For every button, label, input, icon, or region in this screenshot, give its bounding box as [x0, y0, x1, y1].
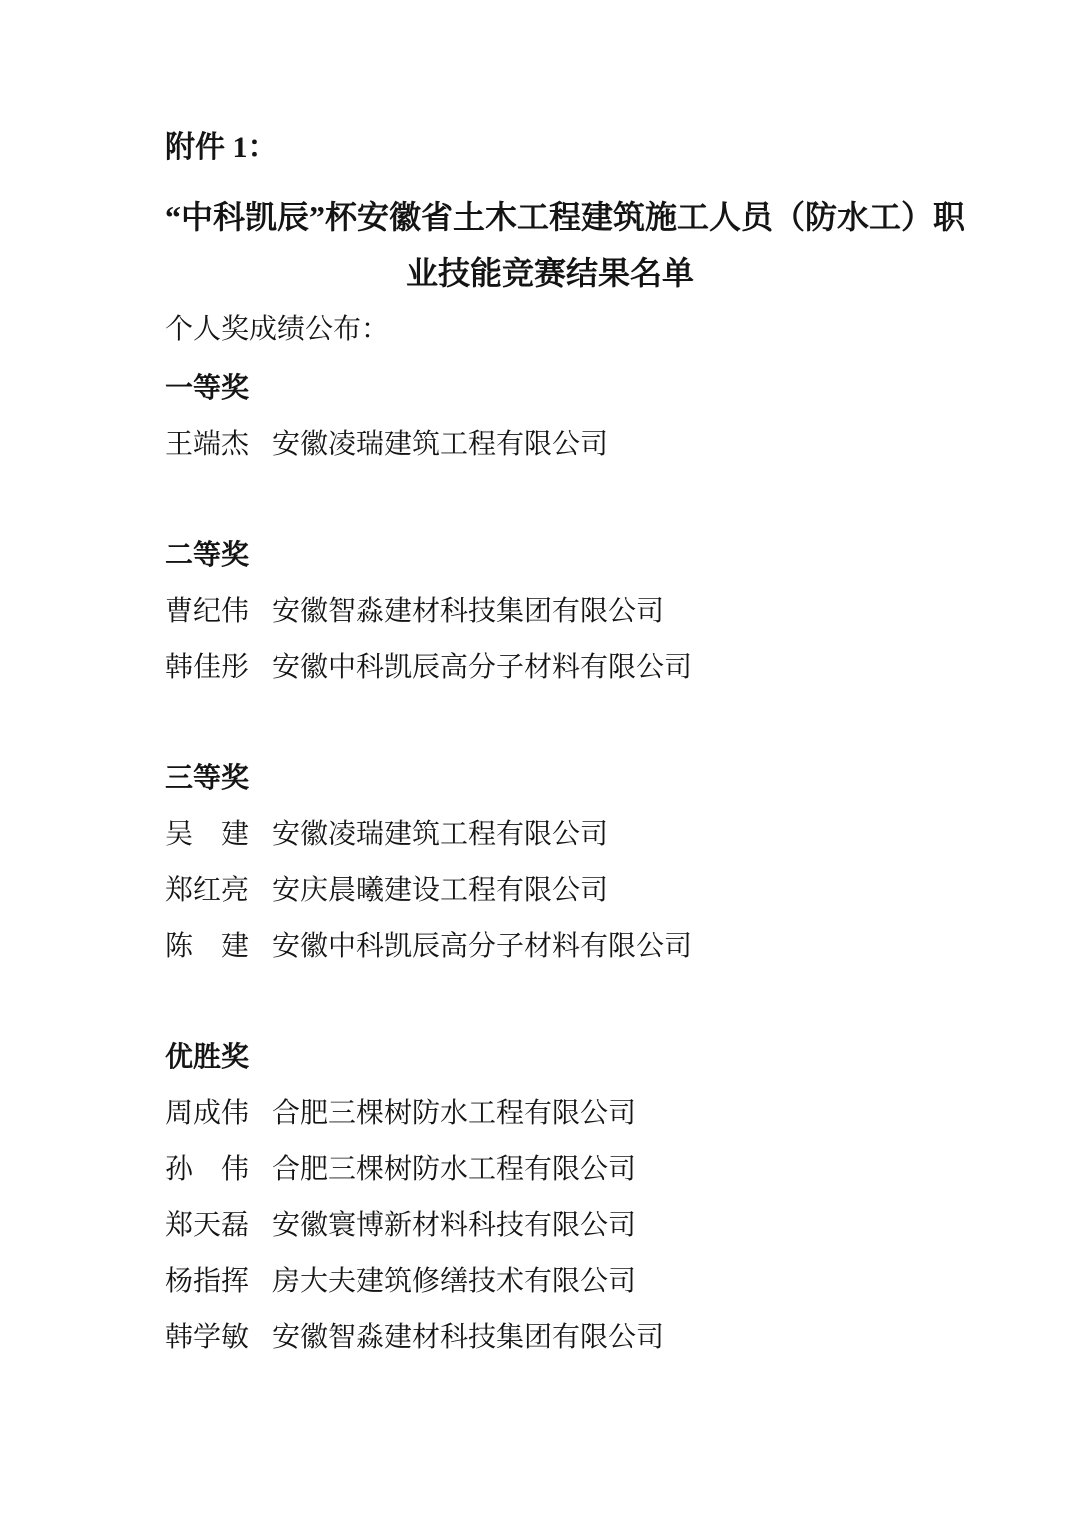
- section-first-prize: 一等奖 王端杰 安徽凌瑞建筑工程有限公司: [165, 367, 935, 467]
- section-heading: 优胜奖: [165, 1036, 935, 1080]
- attachment-label: 附件 1：: [165, 128, 935, 168]
- document-title-line-2: 业技能竞赛结果名单: [165, 245, 935, 301]
- winner-row: 郑天磊 安徽寰博新材料科技有限公司: [165, 1204, 935, 1248]
- winner-name: 郑红亮: [165, 869, 265, 913]
- winner-name: 陈 建: [165, 925, 265, 969]
- winner-company: 安徽凌瑞建筑工程有限公司: [272, 423, 608, 467]
- document-page: 附件 1： “中科凯辰”杯安徽省土木工程建筑施工人员（防水工）职 业技能竞赛结果…: [165, 128, 935, 1360]
- winner-company: 安徽智淼建材科技集团有限公司: [272, 590, 664, 634]
- section-heading: 三等奖: [165, 757, 935, 801]
- winner-company: 合肥三棵树防水工程有限公司: [272, 1092, 636, 1136]
- section-heading: 二等奖: [165, 534, 935, 578]
- winner-row: 周成伟 合肥三棵树防水工程有限公司: [165, 1092, 935, 1136]
- winner-name: 郑天磊: [165, 1204, 265, 1248]
- document-title-line-1: “中科凯辰”杯安徽省土木工程建筑施工人员（防水工）职: [165, 189, 935, 245]
- winner-company: 安徽寰博新材料科技有限公司: [272, 1204, 636, 1248]
- winner-row: 王端杰 安徽凌瑞建筑工程有限公司: [165, 423, 935, 467]
- winner-company: 安徽中科凯辰高分子材料有限公司: [272, 925, 692, 969]
- winner-company: 安庆晨曦建设工程有限公司: [272, 869, 608, 913]
- winner-company: 安徽智淼建材科技集团有限公司: [272, 1316, 664, 1360]
- winner-row: 杨指挥 房大夫建筑修缮技术有限公司: [165, 1260, 935, 1304]
- winner-company: 房大夫建筑修缮技术有限公司: [272, 1260, 636, 1304]
- intro-text: 个人奖成绩公布：: [165, 308, 935, 352]
- winner-name: 曹纪伟: [165, 590, 265, 634]
- winner-name: 吴 建: [165, 813, 265, 857]
- winner-row: 曹纪伟 安徽智淼建材科技集团有限公司: [165, 590, 935, 634]
- section-third-prize: 三等奖 吴 建 安徽凌瑞建筑工程有限公司 郑红亮 安庆晨曦建设工程有限公司 陈 …: [165, 757, 935, 969]
- winner-row: 孙 伟 合肥三棵树防水工程有限公司: [165, 1148, 935, 1192]
- winner-company: 安徽凌瑞建筑工程有限公司: [272, 813, 608, 857]
- winner-name: 韩学敏: [165, 1316, 265, 1360]
- winner-row: 郑红亮 安庆晨曦建设工程有限公司: [165, 869, 935, 913]
- winner-company: 合肥三棵树防水工程有限公司: [272, 1148, 636, 1192]
- winner-company: 安徽中科凯辰高分子材料有限公司: [272, 646, 692, 690]
- section-winning-prize: 优胜奖 周成伟 合肥三棵树防水工程有限公司 孙 伟 合肥三棵树防水工程有限公司 …: [165, 1036, 935, 1360]
- section-heading: 一等奖: [165, 367, 935, 411]
- winner-row: 陈 建 安徽中科凯辰高分子材料有限公司: [165, 925, 935, 969]
- winner-row: 吴 建 安徽凌瑞建筑工程有限公司: [165, 813, 935, 857]
- winner-name: 王端杰: [165, 423, 265, 467]
- section-second-prize: 二等奖 曹纪伟 安徽智淼建材科技集团有限公司 韩佳彤 安徽中科凯辰高分子材料有限…: [165, 534, 935, 690]
- winner-row: 韩学敏 安徽智淼建材科技集团有限公司: [165, 1316, 935, 1360]
- document-title: “中科凯辰”杯安徽省土木工程建筑施工人员（防水工）职 业技能竞赛结果名单: [165, 189, 935, 301]
- winner-name: 周成伟: [165, 1092, 265, 1136]
- winner-name: 杨指挥: [165, 1260, 265, 1304]
- winner-name: 孙 伟: [165, 1148, 265, 1192]
- winner-row: 韩佳彤 安徽中科凯辰高分子材料有限公司: [165, 646, 935, 690]
- winner-name: 韩佳彤: [165, 646, 265, 690]
